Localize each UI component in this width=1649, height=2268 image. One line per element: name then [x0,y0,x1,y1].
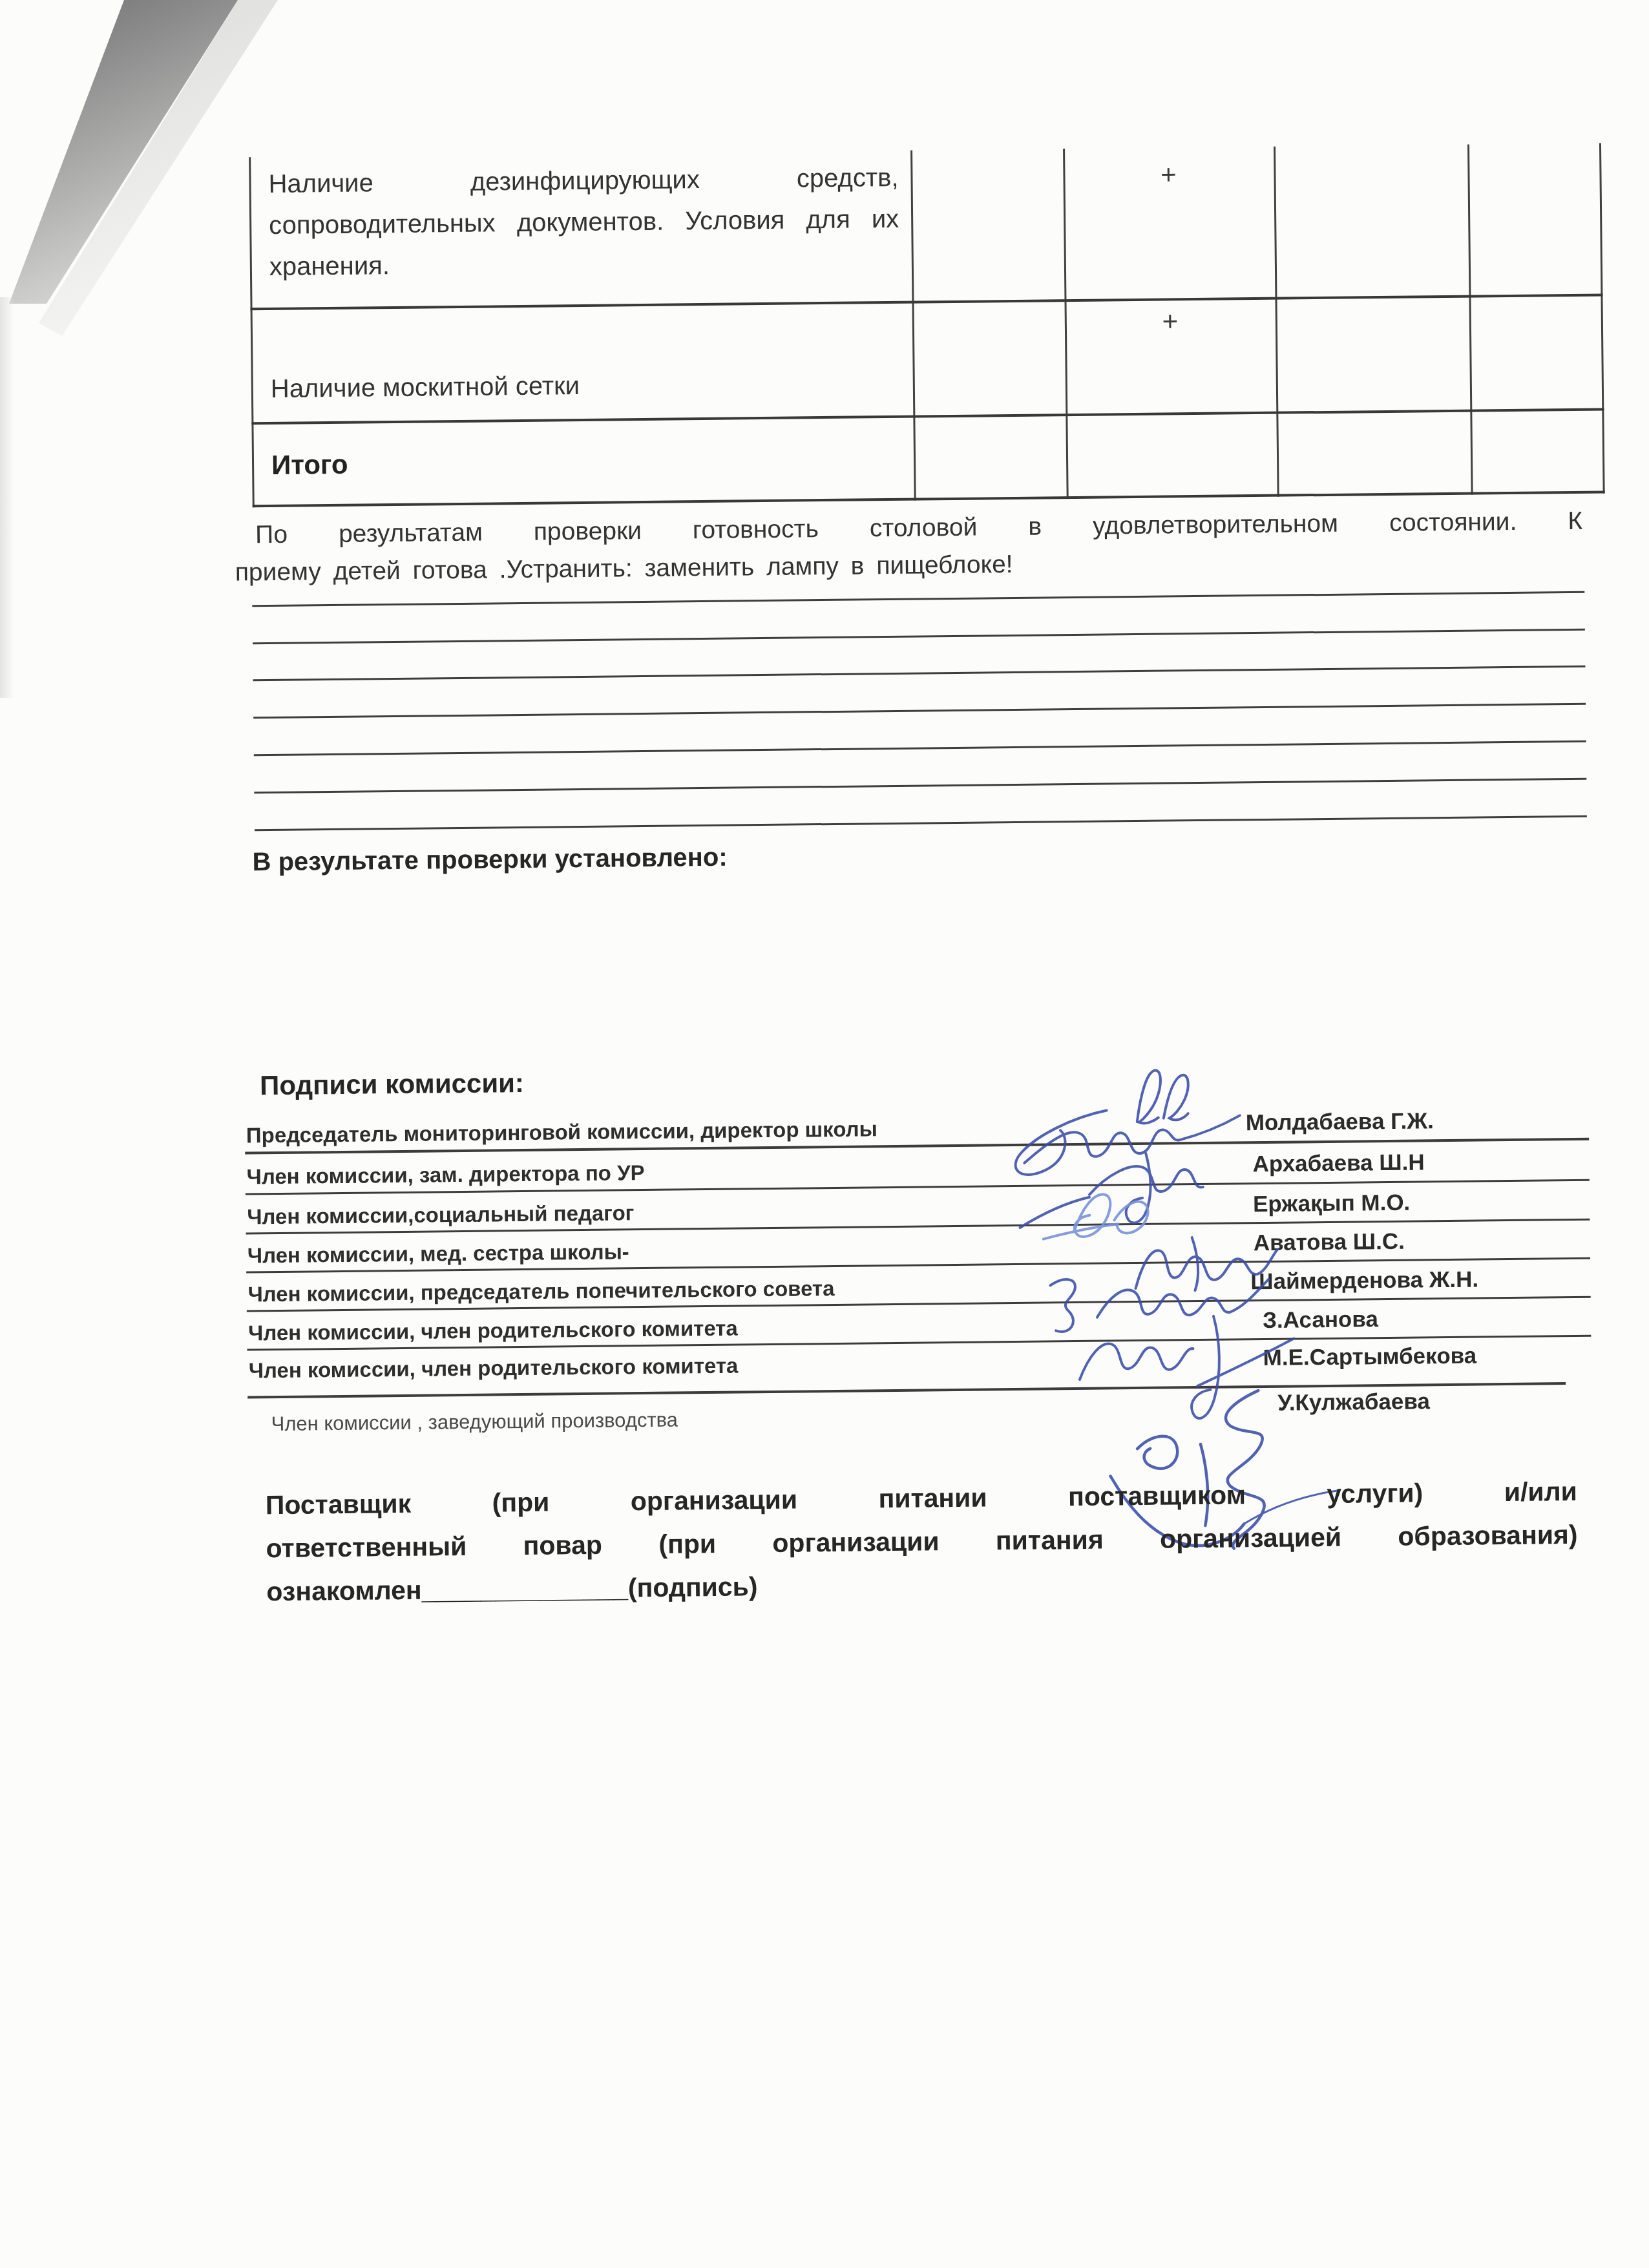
table-cell-mark-disinfectants: + [1065,158,1272,191]
signature-role-2: Член комиссии, зам. директора по УР [246,1160,644,1189]
table-divider-col3 [1274,147,1279,497]
footer-paragraph: Поставщик (при организации питании поста… [266,1476,1579,1620]
table-cell-mark-mosquito-net: + [1067,305,1274,338]
signature-role-4: Член комиссии, мед. сестра школы- [247,1239,629,1268]
table-cell-criterion-mosquito-net: Наличие москитной сетки [271,362,901,410]
ruled-line-1 [252,591,1584,607]
ruled-line-6 [254,778,1586,794]
table-border-right [1599,143,1605,493]
signature-role-7: Член комиссии, член родительского комите… [249,1354,739,1383]
scanned-document-page: Наличие дезинфицирующих средств, сопрово… [0,0,1649,2268]
table-row-divider-2 [251,408,1604,425]
ruled-line-7 [255,815,1587,832]
footer-line-3: ознакомлен______________(подпись) [266,1563,1578,1606]
signature-role-8: Член комиссии , заведующий производства [271,1409,678,1436]
signature-name-2: Архабаева Ш.Н [1252,1150,1424,1177]
readiness-table: Наличие дезинфицирующих средств, сопрово… [249,143,1605,507]
ruled-line-2 [253,629,1585,645]
footer-line-2: ответственный повар (при организации пит… [266,1520,1577,1563]
signature-ink-light-strokes [1043,1194,1148,1239]
document-content: Наличие дезинфицирующих средств, сопрово… [0,0,1649,2268]
table-row-divider-1 [251,293,1603,310]
ruled-line-5 [254,740,1586,757]
table-cell-total: Итого [271,438,902,486]
signature-role-6: Член комиссии, член родительского комите… [248,1316,738,1346]
signature-name-5: Шаймерденова Ж.Н. [1250,1267,1478,1296]
table-border-bottom [253,490,1605,507]
table-divider-col1 [910,151,916,501]
footer-line-1: Поставщик (при организации питании поста… [266,1476,1577,1520]
signature-name-7: М.Е.Сартымбекова [1263,1343,1476,1371]
signature-role-5: Член комиссии, председатель попечительск… [247,1276,834,1307]
table-cell-criterion-disinfectants: Наличие дезинфицирующих средств, сопрово… [268,157,899,288]
table-divider-col4 [1467,145,1473,495]
signature-role-3: Член комиссии,социальный педагог [247,1201,635,1229]
signature-name-8: У.Кулжабаева [1277,1389,1430,1416]
signature-name-6: З.Асанова [1263,1307,1378,1334]
signatures-heading: Подписи комиссии: [260,1067,524,1101]
summary-paragraph: По результатам проверки готовность столо… [222,505,1583,590]
signature-role-1: Председатель мониторинговой комиссии, ди… [246,1117,877,1148]
signature-name-1: Молдабаева Г.Ж. [1246,1108,1434,1136]
signature-name-4: Аватова Ш.С. [1254,1229,1405,1256]
result-heading: В результате проверки установлено: [252,843,728,877]
ruled-line-3 [253,666,1586,682]
signature-name-3: Ержақып М.О. [1253,1190,1410,1218]
ruled-line-4 [253,703,1586,719]
table-border-left [249,157,255,507]
